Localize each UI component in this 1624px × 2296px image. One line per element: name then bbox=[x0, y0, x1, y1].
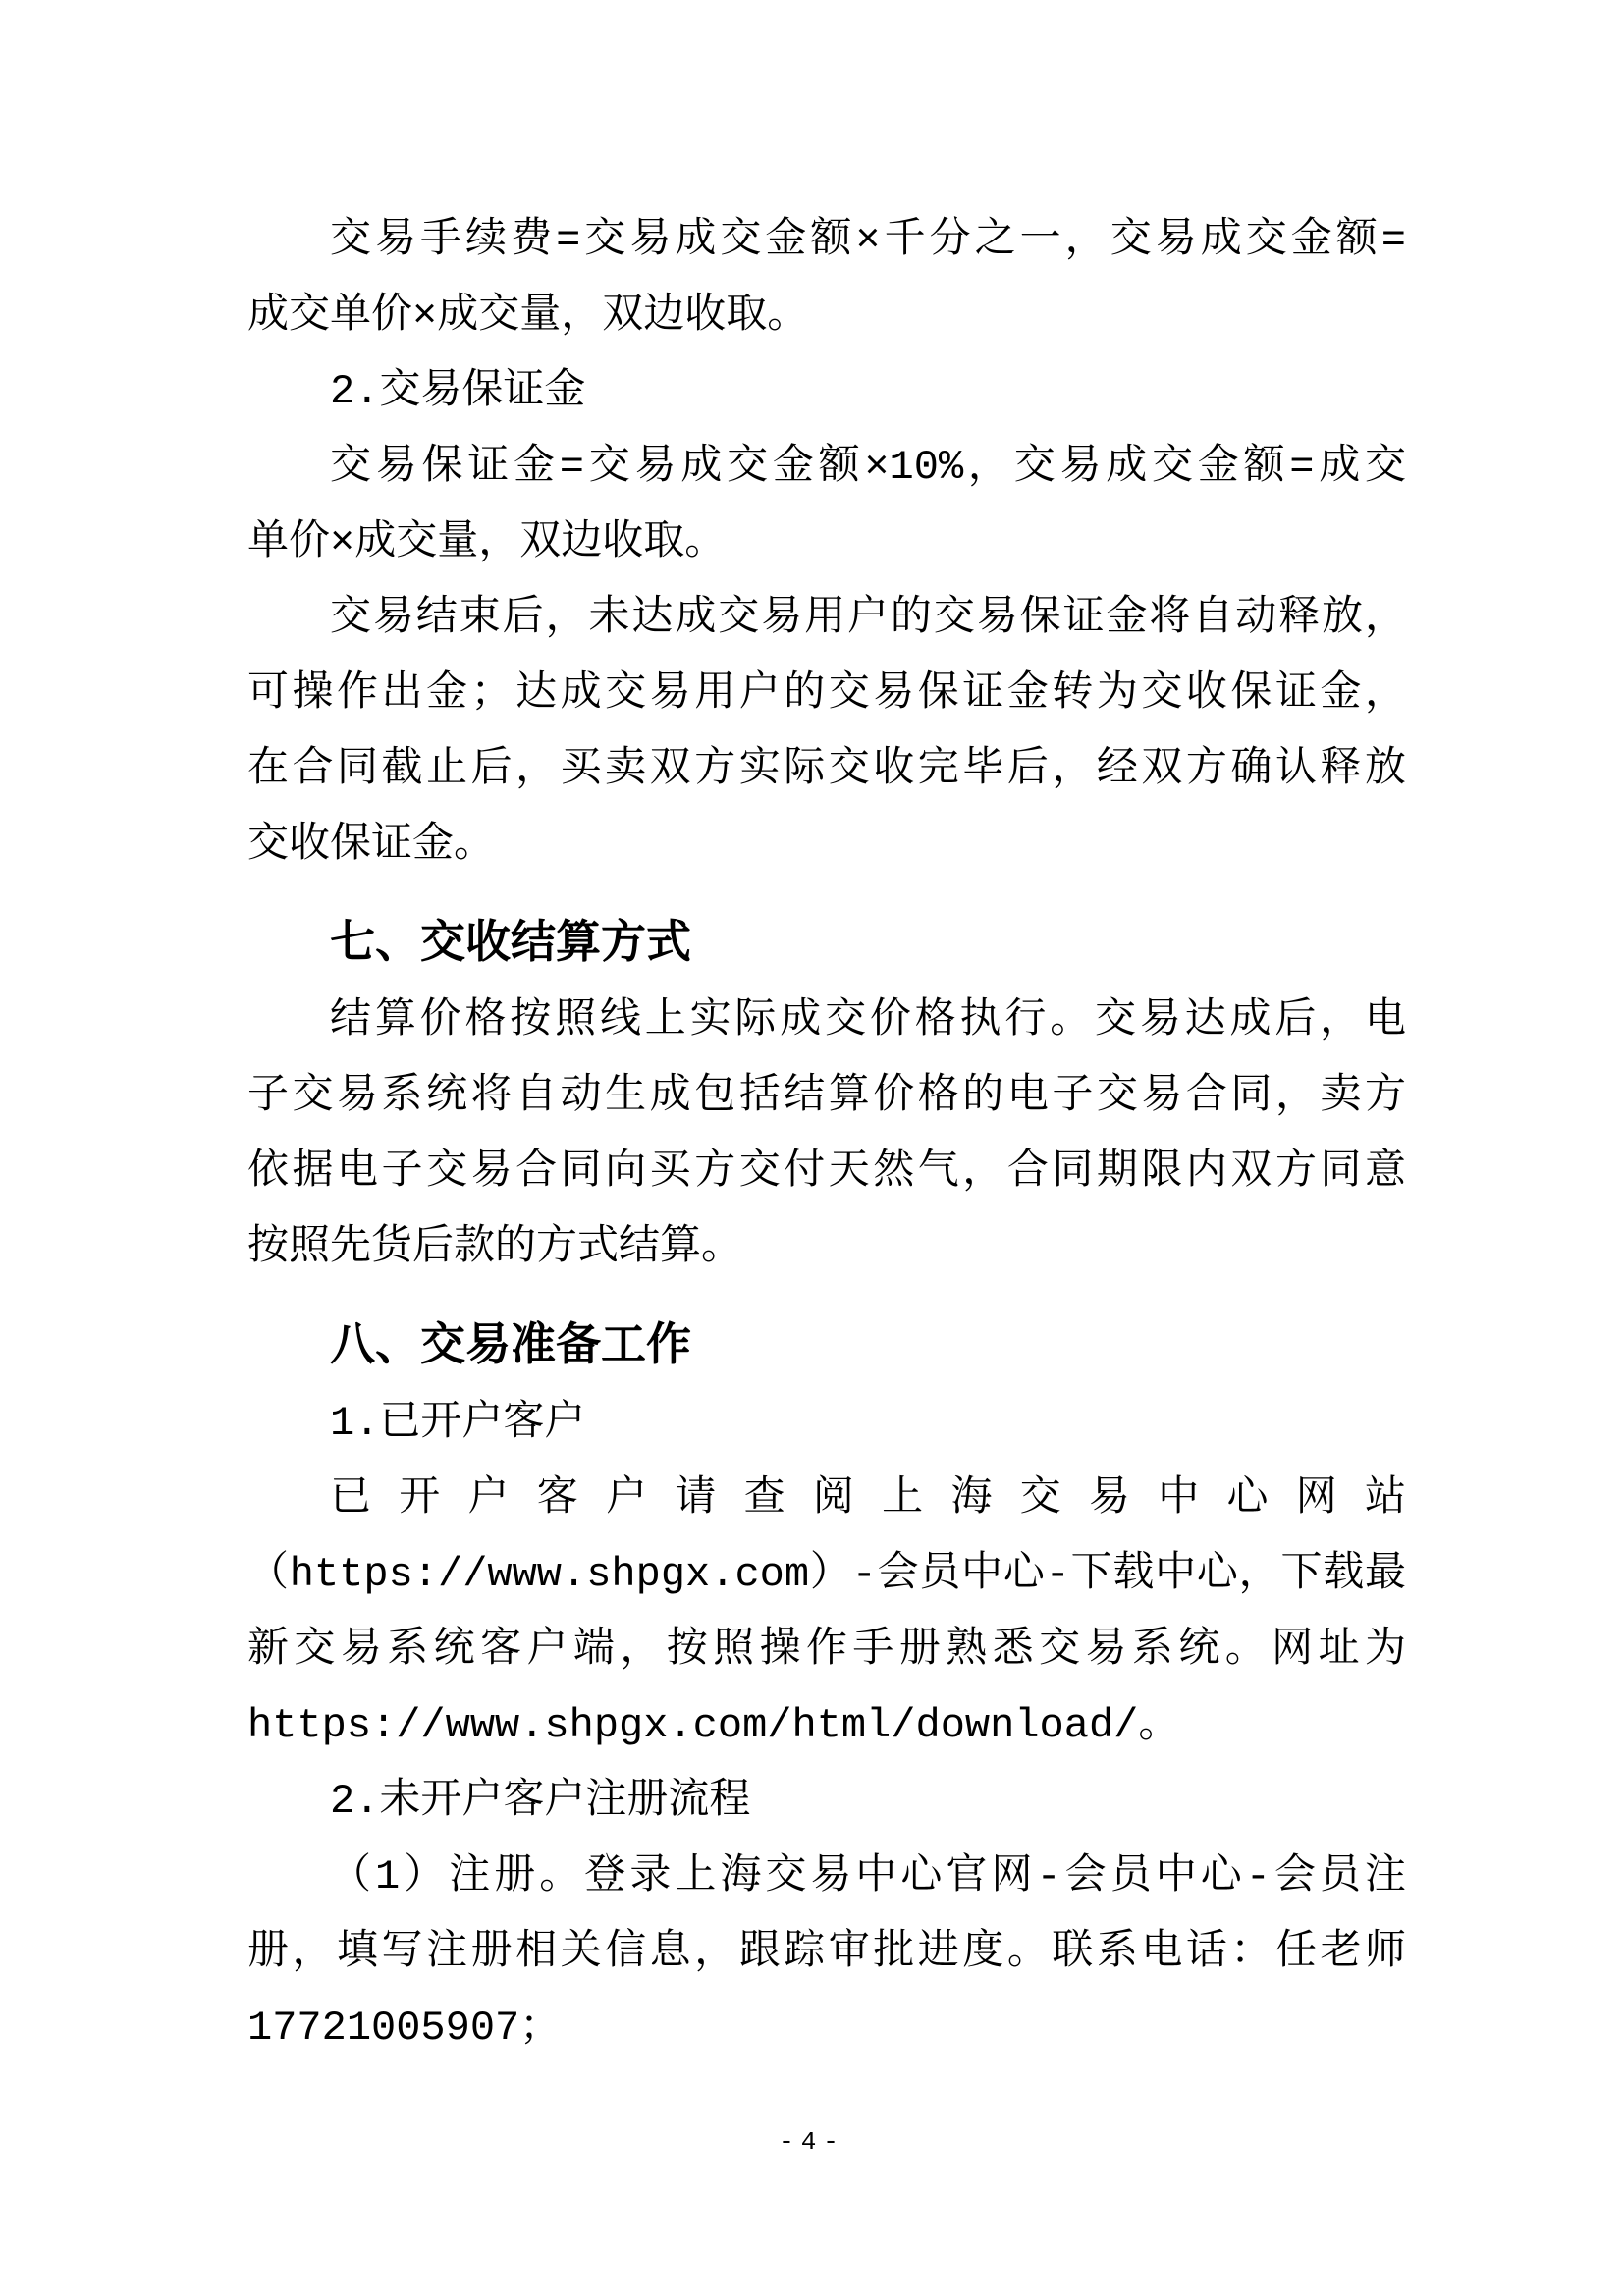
text-line: 依据电子交易合同向买方交付天然气，合同期限内双方同意 bbox=[247, 1135, 1406, 1210]
document-page: 交易手续费=交易成交金额×千分之一，交易成交金额=成交单价×成交量，双边收取。2… bbox=[0, 0, 1624, 2296]
text-line: 2.交易保证金 bbox=[247, 354, 1406, 430]
text-line: 按照先货后款的方式结算。 bbox=[247, 1210, 1406, 1286]
paragraph: 已开户客户请查阅上海交易中心网站（https://www.shpgx.com）-… bbox=[247, 1462, 1406, 1764]
text-line: （1）注册。登录上海交易中心官网-会员中心-会员注 bbox=[247, 1840, 1406, 1915]
text-line: 可操作出金；达成交易用户的交易保证金转为交收保证金， bbox=[247, 657, 1406, 732]
text-line: 子交易系统将自动生成包括结算价格的电子交易合同，卖方 bbox=[247, 1059, 1406, 1135]
text-line: 七、交收结算方式 bbox=[247, 908, 1406, 984]
text-line: 册，填写注册相关信息，跟踪审批进度。联系电话：任老师 bbox=[247, 1915, 1406, 1991]
text-line: 交易结束后，未达成交易用户的交易保证金将自动释放， bbox=[247, 581, 1406, 657]
text-line: 在合同截止后，买卖双方实际交收完毕后，经双方确认释放 bbox=[247, 732, 1406, 808]
page-number: -4- bbox=[0, 2122, 1624, 2162]
paragraph: 2.交易保证金 bbox=[247, 354, 1406, 430]
section-heading: 七、交收结算方式 bbox=[247, 908, 1406, 984]
paragraph: （1）注册。登录上海交易中心官网-会员中心-会员注册，填写注册相关信息，跟踪审批… bbox=[247, 1840, 1406, 2066]
text-line: 交易保证金=交易成交金额×10%，交易成交金额=成交 bbox=[247, 430, 1406, 506]
text-line: （https://www.shpgx.com）-会员中心-下载中心，下载最 bbox=[247, 1537, 1406, 1613]
text-line: 交易手续费=交易成交金额×千分之一，交易成交金额= bbox=[247, 203, 1406, 279]
text-line: 2.未开户客户注册流程 bbox=[247, 1764, 1406, 1840]
text-line: 新交易系统客户端，按照操作手册熟悉交易系统。网址为 bbox=[247, 1613, 1406, 1688]
document-body: 交易手续费=交易成交金额×千分之一，交易成交金额=成交单价×成交量，双边收取。2… bbox=[247, 203, 1406, 2066]
text-line: 交收保证金。 bbox=[247, 808, 1406, 883]
paragraph: 交易手续费=交易成交金额×千分之一，交易成交金额=成交单价×成交量，双边收取。 bbox=[247, 203, 1406, 354]
paragraph: 结算价格按照线上实际成交价格执行。交易达成后，电子交易系统将自动生成包括结算价格… bbox=[247, 984, 1406, 1286]
text-line: 结算价格按照线上实际成交价格执行。交易达成后，电 bbox=[247, 984, 1406, 1059]
text-line: 1.已开户客户 bbox=[247, 1386, 1406, 1462]
paragraph: 交易结束后，未达成交易用户的交易保证金将自动释放，可操作出金；达成交易用户的交易… bbox=[247, 581, 1406, 883]
paragraph: 2.未开户客户注册流程 bbox=[247, 1764, 1406, 1840]
text-line: 已开户客户请查阅上海交易中心网站 bbox=[247, 1462, 1406, 1537]
text-line: https://www.shpgx.com/html/download/。 bbox=[247, 1688, 1406, 1764]
text-line: 成交单价×成交量，双边收取。 bbox=[247, 279, 1406, 354]
section-heading: 八、交易准备工作 bbox=[247, 1310, 1406, 1386]
text-line: 单价×成交量，双边收取。 bbox=[247, 506, 1406, 581]
paragraph: 1.已开户客户 bbox=[247, 1386, 1406, 1462]
paragraph: 交易保证金=交易成交金额×10%，交易成交金额=成交单价×成交量，双边收取。 bbox=[247, 430, 1406, 581]
text-line: 八、交易准备工作 bbox=[247, 1310, 1406, 1386]
text-line: 17721005907； bbox=[247, 1991, 1406, 2066]
